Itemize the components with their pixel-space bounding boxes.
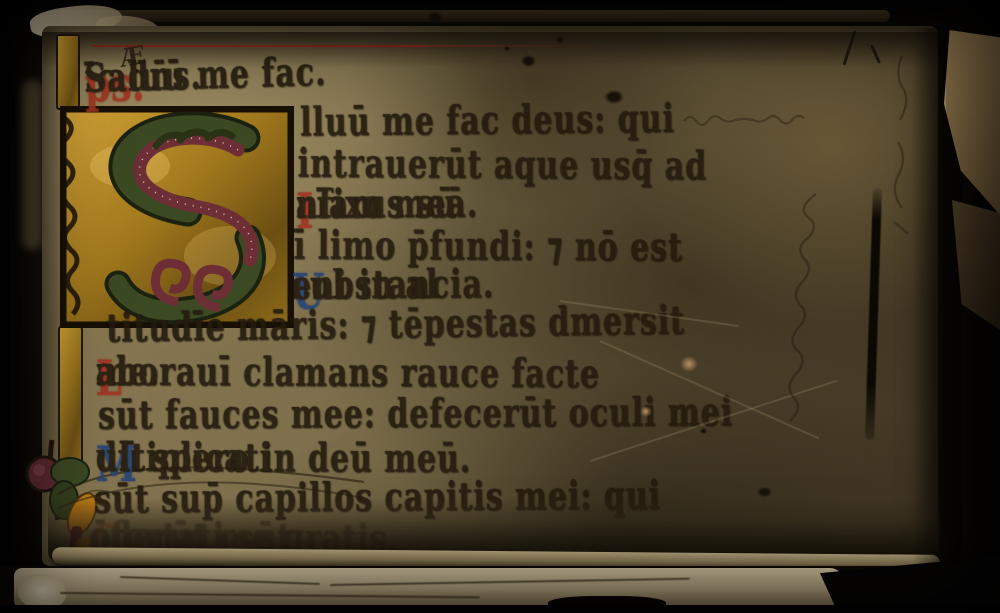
- line-text: nfixus sū: [296, 181, 457, 228]
- stain-spot: [680, 356, 698, 372]
- ink-blot: [427, 12, 443, 23]
- ink-speck: [556, 36, 564, 43]
- under-leaf-torn-bit: [18, 574, 66, 608]
- marginalia-cursive-vertical: [772, 188, 842, 448]
- marginalia-edge-marks: [888, 52, 914, 238]
- ink-blot: [521, 55, 536, 67]
- stain-spot: [640, 406, 652, 417]
- worn-leather-streak: [22, 80, 42, 250]
- ink-speck: [504, 46, 510, 51]
- gold-border-bar: [56, 34, 80, 110]
- photo-edge: [0, 605, 1000, 613]
- board-top-ridge: [60, 10, 890, 22]
- under-leaf-edge: [14, 568, 844, 610]
- line-text: Saluū me fac.: [84, 49, 327, 102]
- ink-blot: [604, 90, 624, 104]
- ink-blot: [757, 487, 772, 497]
- line-text: lluū me fac deus: qui: [300, 96, 675, 146]
- line-text: ultiplicati: [96, 435, 272, 482]
- illuminated-initial-s: [60, 106, 294, 328]
- ink-speck: [700, 428, 707, 434]
- manuscript-photo: Æ: [0, 0, 1000, 613]
- line-text: sūt fauces mee: defecerūt oculi mei: [98, 390, 733, 440]
- marginalia-inscription-top: [682, 110, 822, 130]
- ruled-red-line-fade: [428, 45, 608, 47]
